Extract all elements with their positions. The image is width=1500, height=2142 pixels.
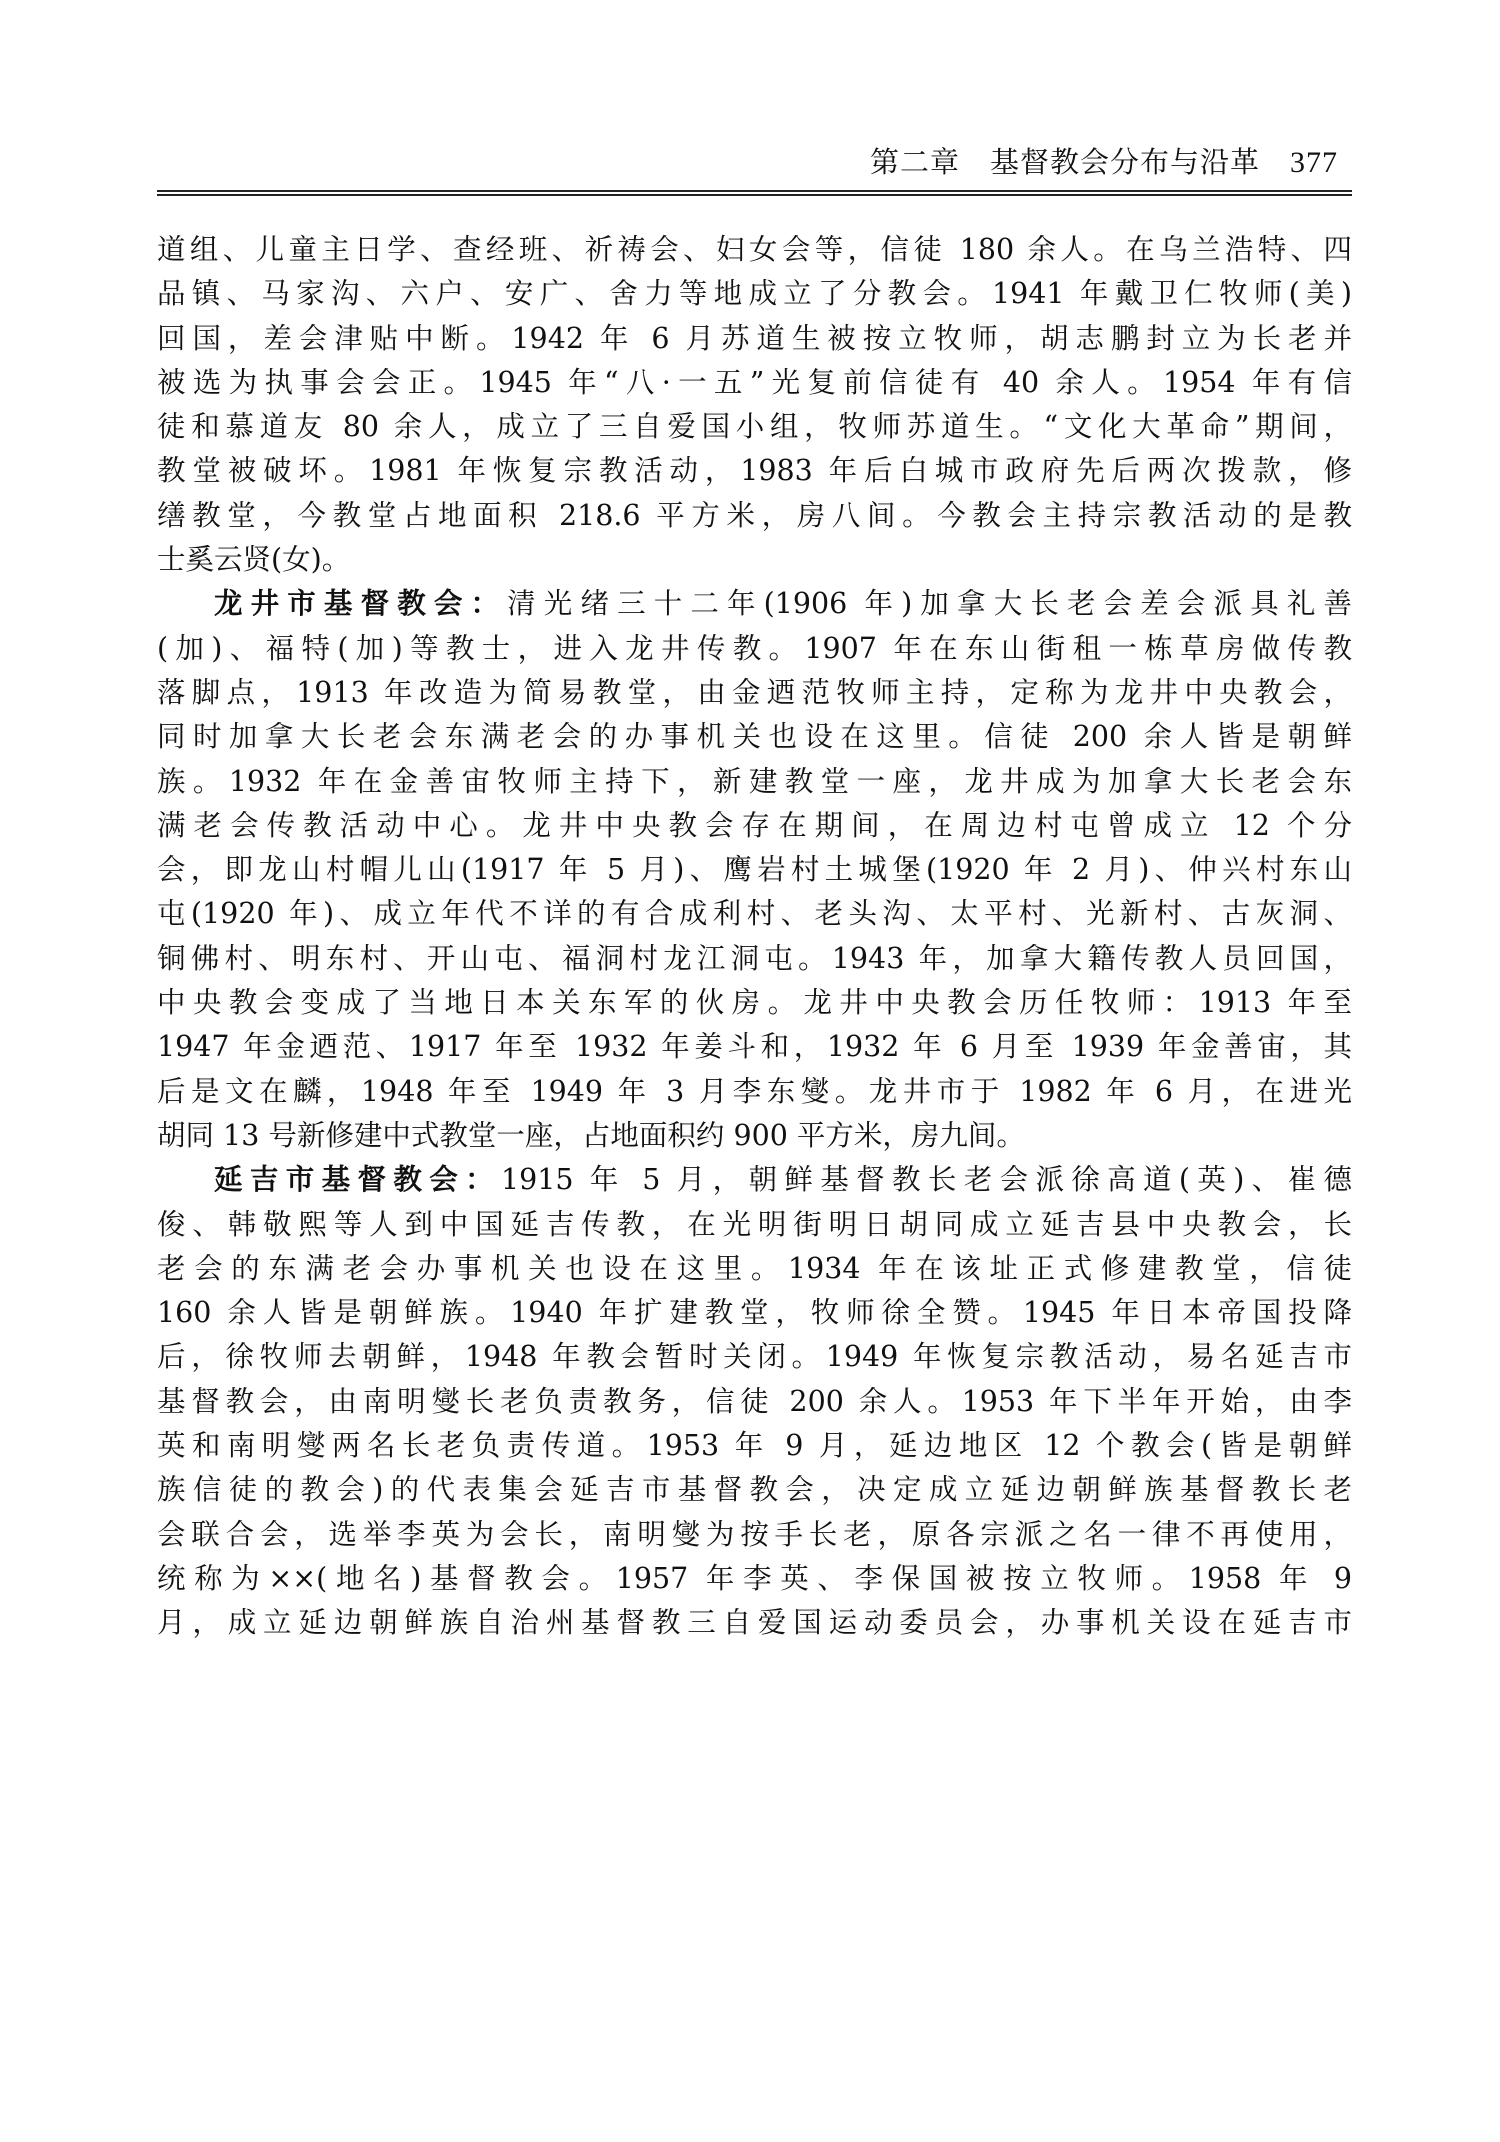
text-line: 道组、儿童主日学、查经班、祈祷会、妇女会等，信徒 180 余人。在乌兰浩特、四: [157, 228, 1352, 272]
page-number: 377: [1290, 146, 1338, 179]
text-line: 月，成立延边朝鲜族自治州基督教三自爱国运动委员会，办事机关设在延吉市: [157, 1601, 1352, 1645]
text-line: 基督教会，由南明燮长老负责教务，信徒 200 余人。1953 年下半年开始，由李: [157, 1380, 1352, 1424]
text-line: 铜佛村、明东村、开山屯、福洞村龙江洞屯。1943 年，加拿大籍传教人员回国，: [157, 937, 1352, 981]
text-line: 老会的东满老会办事机关也设在这里。1934 年在该址正式修建教堂，信徒: [157, 1247, 1352, 1291]
text-line: 徒和慕道友 80 余人，成立了三自爱国小组，牧师苏道生。“文化大革命”期间，: [157, 405, 1352, 449]
paragraph-baicheng-continued: 道组、儿童主日学、查经班、祈祷会、妇女会等，信徒 180 余人。在乌兰浩特、四 …: [157, 228, 1352, 582]
text-line: 英和南明燮两名长老负责传道。1953 年 9 月，延边地区 12 个教会(皆是朝…: [157, 1424, 1352, 1468]
text-line: (加)、福特(加)等教士，进入龙井传教。1907 年在东山街租一栋草房做传教: [157, 627, 1352, 671]
chapter-label: 第二章: [870, 145, 960, 179]
text-line: 被选为执事会会正。1945 年“八·一五”光复前信徒有 40 余人。1954 年…: [157, 361, 1352, 405]
text-line: 回国，差会津贴中断。1942 年 6 月苏道生被按立牧师，胡志鹏封立为长老并: [157, 317, 1352, 361]
text-line: 缮教堂，今教堂占地面积 218.6 平方米，房八间。今教会主持宗教活动的是教: [157, 494, 1352, 538]
text-line: 会，即龙山村帽儿山(1917 年 5 月)、鹰岩村土城堡(1920 年 2 月)…: [157, 848, 1352, 892]
text-line: 会联合会，选举李英为会长，南明燮为按手长老，原各宗派之名一律不再使用，: [157, 1513, 1352, 1557]
book-page: 第二章基督教会分布与沿革377 道组、儿童主日学、查经班、祈祷会、妇女会等，信徒…: [0, 0, 1500, 2142]
text-line: 胡同 13 号新修建中式教堂一座，占地面积约 900 平方米，房九间。: [157, 1114, 1352, 1158]
header-rule-line-top: [157, 190, 1352, 192]
text-line: 160 余人皆是朝鲜族。1940 年扩建教堂，牧师徐全赞。1945 年日本帝国投…: [157, 1291, 1352, 1335]
text-line: 延吉市基督教会：1915 年 5 月，朝鲜基督教长老会派徐高道(英)、崔德: [157, 1158, 1352, 1202]
running-head: 第二章基督教会分布与沿革377: [870, 140, 1338, 181]
header-rule-line-bottom: [157, 194, 1352, 196]
text-line: 俊、韩敬熙等人到中国延吉传教，在光明街明日胡同成立延吉县中央教会，长: [157, 1203, 1352, 1247]
paragraph-longjing: 龙井市基督教会：清光绪三十二年(1906 年)加拿大长老会差会派具礼善 (加)、…: [157, 582, 1352, 1158]
text-line: 落脚点，1913 年改造为简易教堂，由金迺范牧师主持，定称为龙井中央教会，: [157, 671, 1352, 715]
section-heading-yanji: 延吉市基督教会：: [214, 1163, 501, 1196]
text-line: 1947 年金迺范、1917 年至 1932 年姜斗和，1932 年 6 月至 …: [157, 1025, 1352, 1069]
text-line: 士奚云贤(女)。: [157, 538, 1352, 582]
text-line: 品镇、马家沟、六户、安广、舍力等地成立了分教会。1941 年戴卫仁牧师(美): [157, 272, 1352, 316]
text-line: 统称为××(地名)基督教会。1957 年李英、李保国被按立牧师。1958 年 9: [157, 1557, 1352, 1601]
text-line: 龙井市基督教会：清光绪三十二年(1906 年)加拿大长老会差会派具礼善: [157, 582, 1352, 626]
text-line: 族信徒的教会)的代表集会延吉市基督教会，决定成立延边朝鲜族基督教长老: [157, 1468, 1352, 1512]
chapter-title: 基督教会分布与沿革: [990, 145, 1260, 179]
text-line: 教堂被破坏。1981 年恢复宗教活动，1983 年后白城市政府先后两次拨款，修: [157, 449, 1352, 493]
paragraph-yanji: 延吉市基督教会：1915 年 5 月，朝鲜基督教长老会派徐高道(英)、崔德 俊、…: [157, 1158, 1352, 1645]
text-line: 族。1932 年在金善宙牧师主持下，新建教堂一座，龙井成为加拿大长老会东: [157, 760, 1352, 804]
text-line: 后，徐牧师去朝鲜，1948 年教会暂时关闭。1949 年恢复宗教活动，易名延吉市: [157, 1335, 1352, 1379]
text-line: 同时加拿大长老会东满老会的办事机关也设在这里。信徒 200 余人皆是朝鲜: [157, 715, 1352, 759]
text-run: 清光绪三十二年(1906 年)加拿大长老会差会派具礼善: [507, 587, 1352, 620]
text-run: 1915 年 5 月，朝鲜基督教长老会派徐高道(英)、崔德: [501, 1163, 1352, 1196]
text-line: 后是文在麟，1948 年至 1949 年 3 月李东燮。龙井市于 1982 年 …: [157, 1070, 1352, 1114]
text-line: 满老会传教活动中心。龙井中央教会存在期间，在周边村屯曾成立 12 个分: [157, 804, 1352, 848]
section-heading-longjing: 龙井市基督教会：: [214, 587, 507, 620]
header-double-rule: [157, 190, 1352, 197]
text-line: 中央教会变成了当地日本关东军的伙房。龙井中央教会历任牧师：1913 年至: [157, 981, 1352, 1025]
text-line: 屯(1920 年)、成立年代不详的有合成利村、老头沟、太平村、光新村、古灰洞、: [157, 892, 1352, 936]
body-text: 道组、儿童主日学、查经班、祈祷会、妇女会等，信徒 180 余人。在乌兰浩特、四 …: [157, 228, 1352, 1646]
